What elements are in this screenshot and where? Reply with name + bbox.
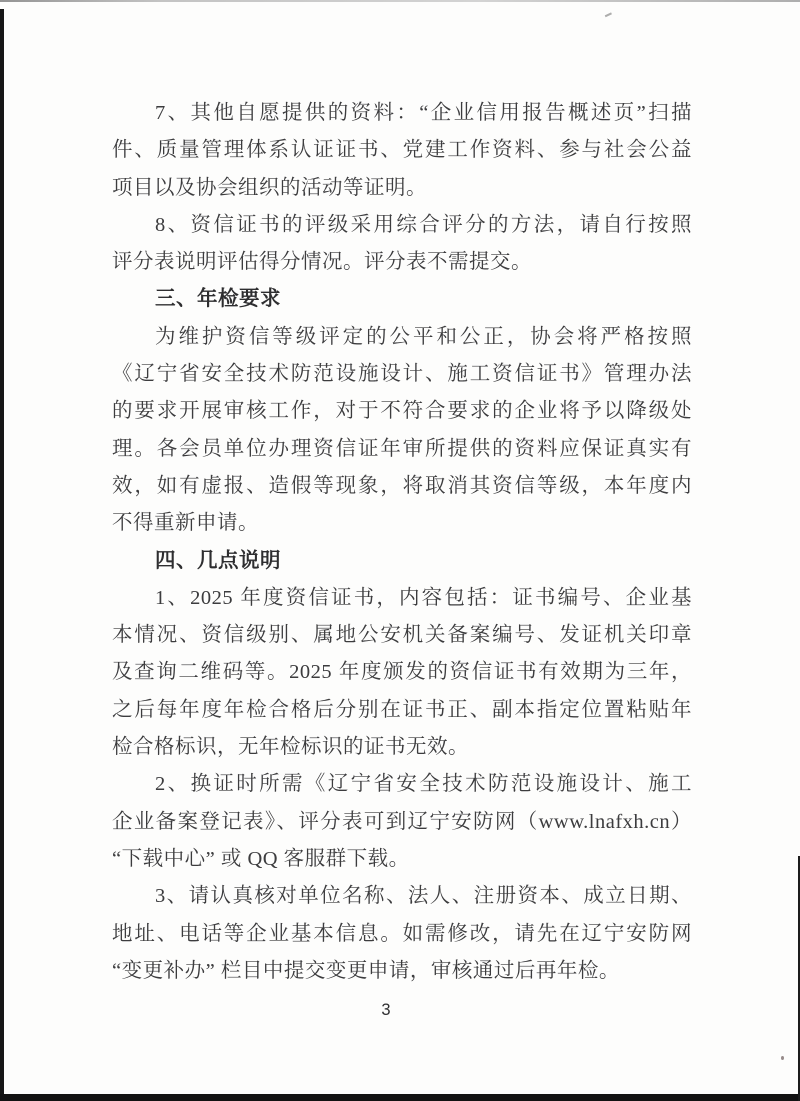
text-line: 3、请认真核对单位名称、法人、注册资本、成立日期、 xyxy=(112,878,692,915)
text-line: 的要求开展审核工作，对于不符合要求的企业将予以降级处 xyxy=(112,393,692,430)
scan-speck xyxy=(603,9,612,17)
text-line: 件、质量管理体系认证证书、党建工作资料、参与社会公益 xyxy=(112,132,692,169)
text-line: 效，如有虚报、造假等现象，将取消其资信等级，本年度内 xyxy=(112,468,692,505)
scan-edge-left xyxy=(0,9,4,1101)
scan-speck xyxy=(781,1056,784,1060)
text-line: “下载中心” 或 QQ 客服群下载。 xyxy=(112,841,692,878)
text-line: 地址、电话等企业基本信息。如需修改，请先在辽宁安防网 xyxy=(112,916,692,953)
scanned-document-page: 7、其他自愿提供的资料：“企业信用报告概述页”扫描 件、质量管理体系认证证书、党… xyxy=(0,0,800,1101)
text-line: 1、2025 年度资信证书，内容包括：证书编号、企业基 xyxy=(112,580,692,617)
scan-edge-bottom xyxy=(0,1094,800,1101)
text-line: 为维护资信等级评定的公平和公正，协会将严格按照 xyxy=(112,319,692,356)
scan-edge-top xyxy=(0,0,800,2)
paragraph-note-1: 1、2025 年度资信证书，内容包括：证书编号、企业基 本情况、资信级别、属地公… xyxy=(112,580,692,766)
text-line: 检合格标识，无年检标识的证书无效。 xyxy=(112,729,692,766)
text-line: 及查询二维码等。2025 年度颁发的资信证书有效期为三年， xyxy=(112,654,692,691)
paragraph-item-8: 8、资信证书的评级采用综合评分的方法，请自行按照 评分表说明评估得分情况。评分表… xyxy=(112,207,692,282)
text-line: 2、换证时所需《辽宁省安全技术防范设施设计、施工 xyxy=(112,766,692,803)
text-line: 企业备案登记表》、评分表可到辽宁安防网（www.lnafxh.cn） xyxy=(112,804,692,841)
text-line: 评分表说明评估得分情况。评分表不需提交。 xyxy=(112,244,692,281)
document-body: 7、其他自愿提供的资料：“企业信用报告概述页”扫描 件、质量管理体系认证证书、党… xyxy=(112,95,692,990)
text-line: 7、其他自愿提供的资料：“企业信用报告概述页”扫描 xyxy=(112,95,692,132)
text-line: 之后每年度年检合格后分别在证书正、副本指定位置粘贴年 xyxy=(112,692,692,729)
heading-text: 四、几点说明 xyxy=(112,543,692,580)
section-heading-notes: 四、几点说明 xyxy=(112,543,692,580)
text-line: 8、资信证书的评级采用综合评分的方法，请自行按照 xyxy=(112,207,692,244)
text-line: 不得重新申请。 xyxy=(112,505,692,542)
text-line: 理。各会员单位办理资信证年审所提供的资料应保证真实有 xyxy=(112,431,692,468)
text-line: 《辽宁省安全技术防范设施设计、施工资信证书》管理办法 xyxy=(112,356,692,393)
paragraph-note-3: 3、请认真核对单位名称、法人、注册资本、成立日期、 地址、电话等企业基本信息。如… xyxy=(112,878,692,990)
page-number: 3 xyxy=(356,1001,416,1020)
paragraph-item-7: 7、其他自愿提供的资料：“企业信用报告概述页”扫描 件、质量管理体系认证证书、党… xyxy=(112,95,692,207)
paragraph-note-2: 2、换证时所需《辽宁省安全技术防范设施设计、施工 企业备案登记表》、评分表可到辽… xyxy=(112,766,692,878)
section-heading-annual-inspection: 三、年检要求 xyxy=(112,281,692,318)
text-line: “变更补办” 栏目中提交变更申请，审核通过后再年检。 xyxy=(112,953,692,990)
paragraph-inspection-policy: 为维护资信等级评定的公平和公正，协会将严格按照 《辽宁省安全技术防范设施设计、施… xyxy=(112,319,692,543)
text-line: 本情况、资信级别、属地公安机关备案编号、发证机关印章 xyxy=(112,617,692,654)
heading-text: 三、年检要求 xyxy=(112,281,692,318)
text-line: 项目以及协会组织的活动等证明。 xyxy=(112,170,692,207)
